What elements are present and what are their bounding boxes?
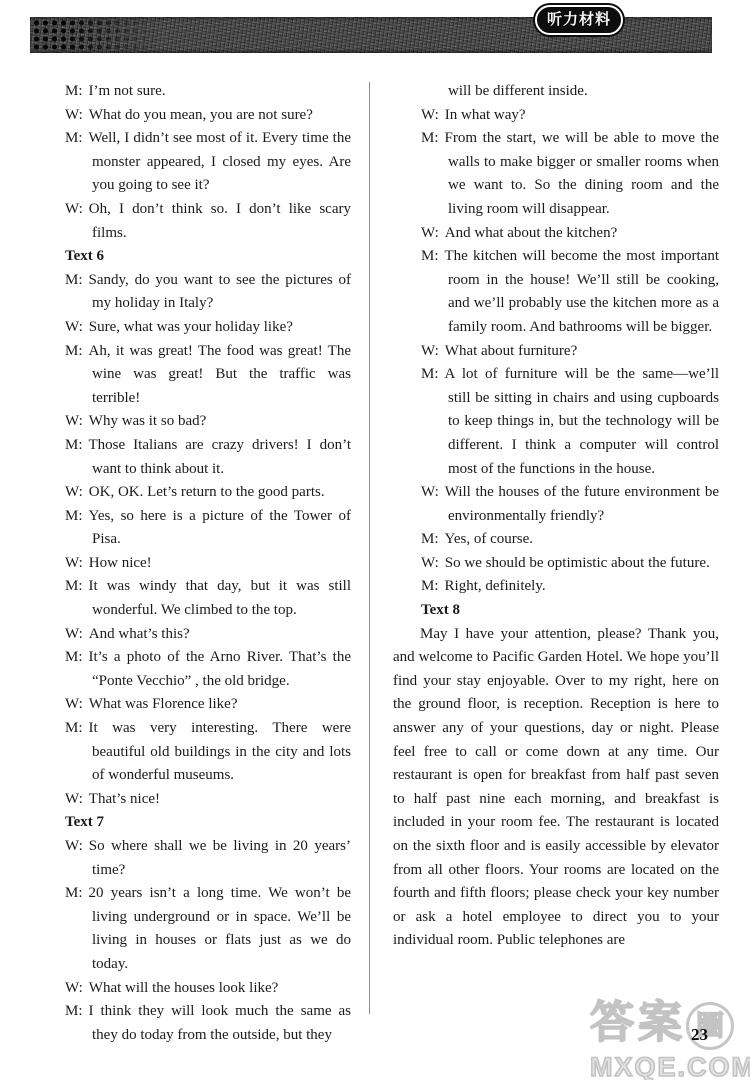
dialogue-line: M:Sandy, do you want to see the pictures… [65, 269, 351, 316]
speaker-label: W: [421, 107, 439, 123]
dialogue-line: W:What was Florence like? [65, 693, 351, 717]
section-heading: Text 7 [65, 811, 351, 835]
halftone-dots-decoration [31, 18, 166, 52]
section-heading: Text 6 [65, 245, 351, 269]
speaker-label: M: [65, 83, 83, 99]
dialogue-line: W:Will the houses of the future environm… [421, 481, 719, 528]
listening-material-badge: 听力材料 [535, 5, 623, 35]
dialogue-line: M:Well, I didn’t see most of it. Every t… [65, 127, 351, 198]
speaker-label: W: [65, 107, 83, 123]
page-number: 23 [691, 1025, 708, 1045]
dialogue-line: M:A lot of furniture will be the same—we… [421, 363, 719, 481]
speaker-label: W: [65, 201, 83, 217]
dialogue-line: M:Yes, of course. [421, 528, 719, 552]
speaker-label: M: [65, 1003, 83, 1019]
speaker-label: W: [421, 484, 439, 500]
dialogue-continuation: will be different inside. [421, 80, 719, 104]
speaker-label: W: [65, 484, 83, 500]
speaker-label: W: [65, 413, 83, 429]
speaker-label: M: [421, 130, 439, 146]
dialogue-line: W:That’s nice! [65, 788, 351, 812]
speaker-label: M: [65, 649, 83, 665]
dialogue-line: M:Those Italians are crazy drivers! I do… [65, 434, 351, 481]
dialogue-line: M:20 years isn’t a long time. We won’t b… [65, 882, 351, 976]
dialogue-line: W:Sure, what was your holiday like? [65, 316, 351, 340]
transcript-left-column: M:I’m not sure.W:What do you mean, you a… [65, 80, 351, 1047]
speaker-label: M: [421, 366, 439, 382]
speaker-label: W: [421, 343, 439, 359]
speaker-label: M: [421, 248, 439, 264]
speaker-label: M: [65, 578, 83, 594]
dialogue-line: W:What about furniture? [421, 340, 719, 364]
listening-material-badge-label: 听力材料 [547, 11, 611, 28]
column-divider [369, 82, 370, 1014]
dialogue-line: M:It was very interesting. There were be… [65, 717, 351, 788]
speaker-label: W: [421, 555, 439, 571]
watermark-answercircle: 答案圈 MXQE.COM [590, 1000, 750, 1080]
watermark-site: MXQE.COM [590, 1052, 750, 1080]
speaker-label: W: [65, 555, 83, 571]
transcript-right-column: will be different inside.W:In what way?M… [393, 80, 719, 953]
speaker-label: M: [65, 720, 83, 736]
dialogue-line: W:In what way? [421, 104, 719, 128]
dialogue-line: M:I think they will look much the same a… [65, 1000, 351, 1047]
dialogue-line: M:It’s a photo of the Arno River. That’s… [65, 646, 351, 693]
dialogue-line: W:Why was it so bad? [65, 410, 351, 434]
watermark-characters: 答案 [590, 998, 686, 1047]
dialogue-line: W:So where shall we be living in 20 year… [65, 835, 351, 882]
speaker-label: M: [65, 272, 83, 288]
dialogue-line: M:Ah, it was great! The food was great! … [65, 340, 351, 411]
dialogue-line: M:The kitchen will become the most impor… [421, 245, 719, 339]
dialogue-line: M:I’m not sure. [65, 80, 351, 104]
dialogue-line: M:From the start, we will be able to mov… [421, 127, 719, 221]
speaker-label: M: [65, 508, 83, 524]
speaker-label: M: [65, 437, 83, 453]
dialogue-line: W:OK, OK. Let’s return to the good parts… [65, 481, 351, 505]
watermark-logo-row: 答案圈 [590, 1000, 750, 1050]
speaker-label: M: [65, 885, 83, 901]
speaker-label: M: [65, 343, 83, 359]
speaker-label: W: [65, 791, 83, 807]
speaker-label: W: [65, 838, 83, 854]
dialogue-line: M:It was windy that day, but it was stil… [65, 575, 351, 622]
dialogue-line: W:Oh, I don’t think so. I don’t like sca… [65, 198, 351, 245]
speaker-label: W: [65, 696, 83, 712]
dialogue-line: W:And what about the kitchen? [421, 222, 719, 246]
dialogue-line: W:What will the houses look like? [65, 977, 351, 1001]
speaker-label: W: [65, 626, 83, 642]
dialogue-line: M:Right, definitely. [421, 575, 719, 599]
speaker-label: W: [65, 980, 83, 996]
speaker-label: M: [421, 578, 439, 594]
speaker-label: M: [421, 531, 439, 547]
speaker-label: W: [65, 319, 83, 335]
speaker-label: M: [65, 130, 83, 146]
speaker-label: W: [421, 225, 439, 241]
section-heading: Text 8 [421, 599, 719, 623]
dialogue-line: W:So we should be optimistic about the f… [421, 552, 719, 576]
dialogue-line: M:Yes, so here is a picture of the Tower… [65, 505, 351, 552]
dialogue-line: W:What do you mean, you are not sure? [65, 104, 351, 128]
dialogue-line: W:How nice! [65, 552, 351, 576]
monologue-paragraph: May I have your attention, please? Thank… [393, 623, 719, 953]
dialogue-line: W:And what’s this? [65, 623, 351, 647]
